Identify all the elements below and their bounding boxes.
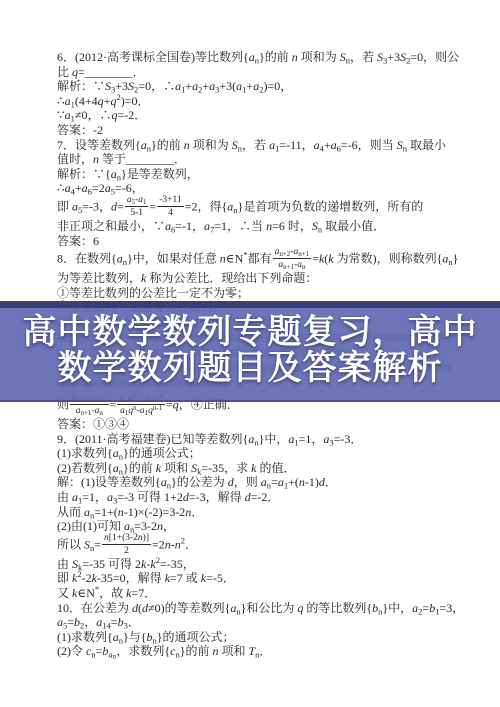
doc-line: 解析：∵{an}是等差数列， bbox=[57, 167, 467, 182]
title-banner-overlay: 高中数学数列专题复习，高中 数学数列题目及答案解析 bbox=[0, 301, 500, 402]
doc-line: 答案：6 bbox=[57, 234, 467, 249]
banner-title-line-1: 高中数学数列专题复习，高中 bbox=[0, 314, 500, 350]
banner-title-line-2: 数学数列题目及答案解析 bbox=[0, 350, 500, 386]
doc-line: 比 q=________． bbox=[57, 65, 467, 80]
doc-line: 从而 an=1+(n-1)×(-2)=3-2n． bbox=[57, 505, 467, 520]
doc-line: 所以 Sn=n[1+(3-2n)]2=2n-n2． bbox=[57, 534, 467, 557]
doc-line: 由 Sk=-35 可得 2k-k2=-35， bbox=[57, 557, 467, 572]
banner-top-edge bbox=[0, 301, 500, 308]
doc-line: 即 a5=-3，d=a5-a15-1=-3+114=2，得{an}是首项为负数的… bbox=[57, 196, 467, 219]
doc-line: 即 k2-2k-35=0，解得 k=7 或 k=-5． bbox=[57, 571, 467, 586]
doc-line: 7．设等差数列{an}的前 n 项和为 Sn，若 a1=-11，a4+a6=-6… bbox=[57, 138, 467, 153]
doc-line: 10．在公差为 d(d≠0)的等差数列{an}和公比为 q 的等比数列{bn}中… bbox=[57, 601, 467, 616]
document-text-bottom: 则an+2-an+1an+1-an=a1qn+1-a1qna1qn-a1qn-1… bbox=[57, 394, 467, 659]
document-text-top: 6．(2012·高考课标全国卷)等比数列{an}的前 n 项和为 Sn，若 S3… bbox=[57, 50, 467, 330]
doc-line: a5=b2，a14=b3． bbox=[57, 615, 467, 630]
doc-line: 答案：-2 bbox=[57, 123, 467, 138]
doc-line: 9．(2011·高考福建卷)已知等差数列{an}中，a1=1，a3=-3． bbox=[57, 432, 467, 447]
doc-line: 8．在数列{an}中，如果对任意 n∈N*都有an+2-an+1an+1-an=… bbox=[57, 248, 467, 271]
doc-line: 又 k∈N*，故 k=7． bbox=[57, 586, 467, 601]
doc-line: (2)由(1)可知 an=3-2n， bbox=[57, 519, 467, 534]
doc-line: 6．(2012·高考课标全国卷)等比数列{an}的前 n 项和为 Sn，若 S3… bbox=[57, 50, 467, 65]
doc-line: 非正项之和最小，∵a6=-1，a7=1，∴当 n=6 时，Sn 取最小值． bbox=[57, 219, 467, 234]
banner-title: 高中数学数列专题复习，高中 数学数列题目及答案解析 bbox=[0, 314, 500, 386]
doc-line: (1)求数列{an}与{bn}的通项公式； bbox=[57, 630, 467, 645]
doc-line: 答案：①③④ bbox=[57, 417, 467, 432]
doc-line: 由 a1=1，a3=-3 可得 1+2d=-3，解得 d=-2． bbox=[57, 490, 467, 505]
doc-line: ∴a4+a6=2a5=-6， bbox=[57, 181, 467, 196]
doc-line: ①等差比数列的公差比一定不为零； bbox=[57, 286, 467, 301]
doc-line: (2)令 cn=ban，求数列{cn}的前 n 项和 Tn． bbox=[57, 644, 467, 659]
doc-line: 为等差比数列，k 称为公差比．现给出下列命题： bbox=[57, 271, 467, 286]
doc-line: 解：(1)设等差数列{an}的公差为 d，则 an=a1+(n-1)d． bbox=[57, 475, 467, 490]
doc-line: (1)求数列{an}的通项公式； bbox=[57, 446, 467, 461]
doc-line: 值时，n 等于________． bbox=[57, 152, 467, 167]
doc-line: ∴a1(4+4q+q2)=0． bbox=[57, 94, 467, 109]
doc-line: (2)若数列{an}的前 k 项和 Sk=-35，求 k 的值． bbox=[57, 461, 467, 476]
doc-line: ∵a1≠0，∴q=-2． bbox=[57, 108, 467, 123]
